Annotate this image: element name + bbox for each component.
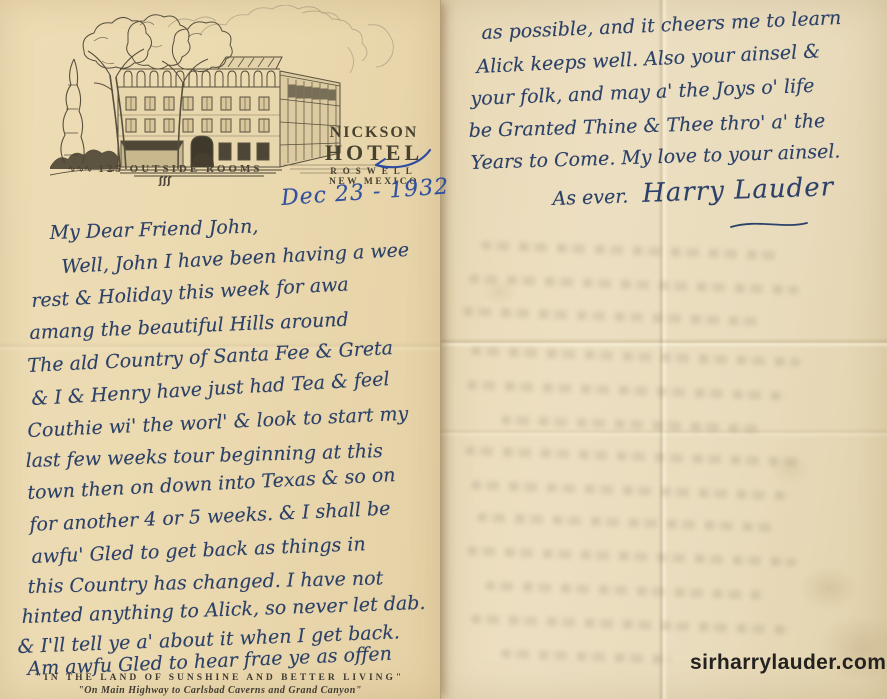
- fold-crease-horizontal: [441, 338, 887, 348]
- ghost-writing-line: [469, 274, 799, 295]
- handwritten-line: Years to Come. My love to your ainsel.: [470, 140, 840, 174]
- handwritten-line: rest & Holiday this week for awa: [31, 273, 349, 312]
- handwritten-line: your folk, and may a' the Joys o' life: [470, 75, 815, 110]
- signoff-prefix: As ever.: [552, 185, 629, 210]
- handwritten-line: awfu' Gled to get back as things in: [31, 533, 366, 568]
- squiggle-left-icon: ∿∿∿: [68, 164, 93, 175]
- signoff-line: As ever.Harry Lauder: [552, 172, 835, 212]
- squiggle-right-icon: ʃʃʃ: [159, 176, 171, 187]
- slogan-line-2: "On Main Highway to Carlsbad Caverns and…: [0, 685, 440, 696]
- ghost-writing-line: [467, 546, 797, 567]
- ghost-writing-line: [467, 380, 787, 400]
- ghost-writing-line: [465, 446, 805, 467]
- ghost-writing-line: [485, 581, 765, 600]
- handwritten-line: for another 4 or 5 weeks. & I shall be: [29, 498, 391, 536]
- ghost-writing-line: [471, 480, 791, 500]
- ghost-writing-line: [471, 346, 801, 367]
- ghost-writing-line: [501, 649, 671, 664]
- handwritten-line: My Dear Friend John,: [49, 215, 258, 244]
- handwritten-line: Well, John I have been having a wee: [61, 239, 410, 278]
- handwritten-line: Couthie wi' the worl' & look to start my: [27, 403, 409, 442]
- handwritten-line: & I & Henry have just had Tea & feel: [31, 368, 390, 410]
- ghost-writing-line: [477, 513, 777, 532]
- ghost-writing-line: [471, 614, 791, 634]
- handwritten-line: be Granted Thine & Thee thro' a' the: [468, 110, 825, 142]
- handwritten-line: this Country has changed. I have not: [27, 567, 383, 598]
- letter-page-1: NICKSON HOTEL ROSWELL NEW MEXICO ∿∿∿ 125…: [0, 0, 441, 699]
- scanned-letter: NICKSON HOTEL ROSWELL NEW MEXICO ∿∿∿ 125…: [0, 0, 887, 699]
- ink-checkmark-icon: [366, 146, 436, 174]
- handwritten-line: amang the beautiful Hills around: [29, 309, 349, 344]
- signature-flourish-icon: [729, 218, 809, 232]
- ghost-writing-line: [481, 241, 781, 260]
- hotel-name-top: NICKSON: [304, 125, 444, 141]
- rooms-banner: ∿∿∿ 125 OUTSIDE ROOMS ʃʃʃ: [60, 163, 270, 187]
- slogan-line-1: "IN THE LAND OF SUNSHINE AND BETTER LIVI…: [0, 673, 440, 683]
- rooms-banner-text: 125 OUTSIDE ROOMS: [98, 163, 262, 175]
- letter-page-2: as possible, and it cheers me to learn A…: [441, 0, 887, 699]
- website-watermark: sirharrylauder.com: [690, 651, 886, 675]
- signature: Harry Lauder: [642, 172, 835, 209]
- handwritten-line: Alick keeps well. Also your ainsel &: [476, 40, 821, 78]
- ghost-writing-line: [463, 307, 763, 326]
